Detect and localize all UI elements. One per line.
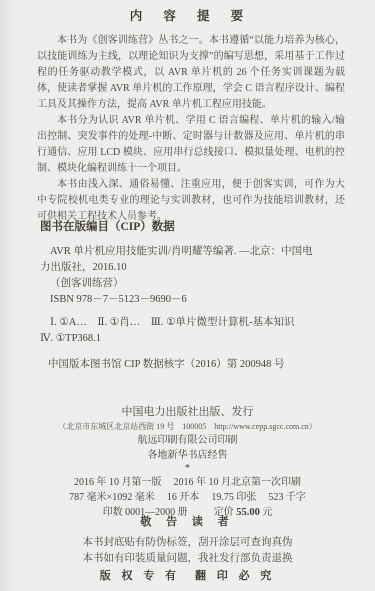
summary-paragraph: 本书为《创客训练营》丛书之一。本书遵循“以能力培养为核心，以技能训练为主线，以理…: [37, 33, 345, 113]
cip-entry-line: 力出版社，2016.10: [40, 260, 349, 276]
cip-registry-number: 中国版本图书馆 CIP 数据核字（2016）第 200948 号: [40, 357, 349, 373]
notice-line: 本书如有印装质量问题，我社发行部负责退换: [0, 551, 375, 567]
format-line: 787 毫米×1092 毫米16 开本19.75 印张523 千字: [0, 490, 375, 505]
format-sheets-text: 19.75 印张: [211, 492, 256, 503]
content-summary-title: 内 容 提 要: [37, 6, 345, 24]
edition-printing-text: 2016 年 10 月北京第一次印刷: [174, 477, 302, 488]
publisher-address-line: （北京市东城区北京站西街 19 号 100005 http://www.cepp…: [0, 420, 375, 433]
cip-series-line: （创客训练营）: [40, 276, 349, 292]
reader-notice-heading: 敬 告 读 者: [0, 514, 375, 530]
cip-isbn-line: ISBN 978－7－5123－9690－6: [40, 292, 349, 308]
summary-paragraph: 本书分为认识 AVR 单片机、学用 C 语言编程、单片机的输入/输出控制、突发事…: [37, 113, 345, 177]
format-words-text: 523 千字: [268, 492, 306, 503]
edition-line: 2016 年 10 月第一版2016 年 10 月北京第一次印刷: [0, 475, 375, 490]
cip-section: 图书在版编目（CIP）数据 AVR 单片机应用技能实训/肖明耀等编著. —北京：…: [40, 218, 349, 373]
book-copyright-page: 内 容 提 要 本书为《创客训练营》丛书之一。本书遵循“以能力培养为核心，以技能…: [0, 0, 375, 591]
distributor-line: 各地新华书店经售: [0, 448, 375, 463]
format-size-text: 787 毫米×1092 毫米: [69, 492, 155, 503]
printer-line: 航远印刷有限公司印刷: [0, 433, 375, 448]
cip-classification-line: Ⅳ. ①TP368.1: [40, 331, 349, 347]
separator-asterisk: *: [0, 463, 375, 475]
content-summary-section: 内 容 提 要 本书为《创客训练营》丛书之一。本书遵循“以能力培养为核心，以技能…: [37, 6, 345, 225]
notice-line: 本书封底贴有防伪标签，刮开涂层可查询真伪: [0, 535, 375, 551]
copyright-statement: 版 权 专 有 翻 印 必 究: [0, 568, 375, 585]
format-folio-text: 16 开本: [167, 492, 200, 503]
cip-entry-line: AVR 单片机应用技能实训/肖明耀等编著. —北京：中国电: [40, 244, 349, 260]
reader-notice-section: 敬 告 读 者 本书封底贴有防伪标签，刮开涂层可查询真伪 本书如有印装质量问题，…: [0, 514, 375, 585]
edition-first-text: 2016 年 10 月第一版: [74, 477, 162, 488]
imprint-section: 中国电力出版社出版、发行 （北京市东城区北京站西街 19 号 100005 ht…: [0, 404, 375, 520]
cip-heading: 图书在版编目（CIP）数据: [40, 218, 349, 234]
publisher-line: 中国电力出版社出版、发行: [0, 404, 375, 420]
cip-classification-line: Ⅰ. ①A… Ⅱ. ①肖… Ⅲ. ①单片微型计算机-基本知识: [40, 315, 349, 331]
